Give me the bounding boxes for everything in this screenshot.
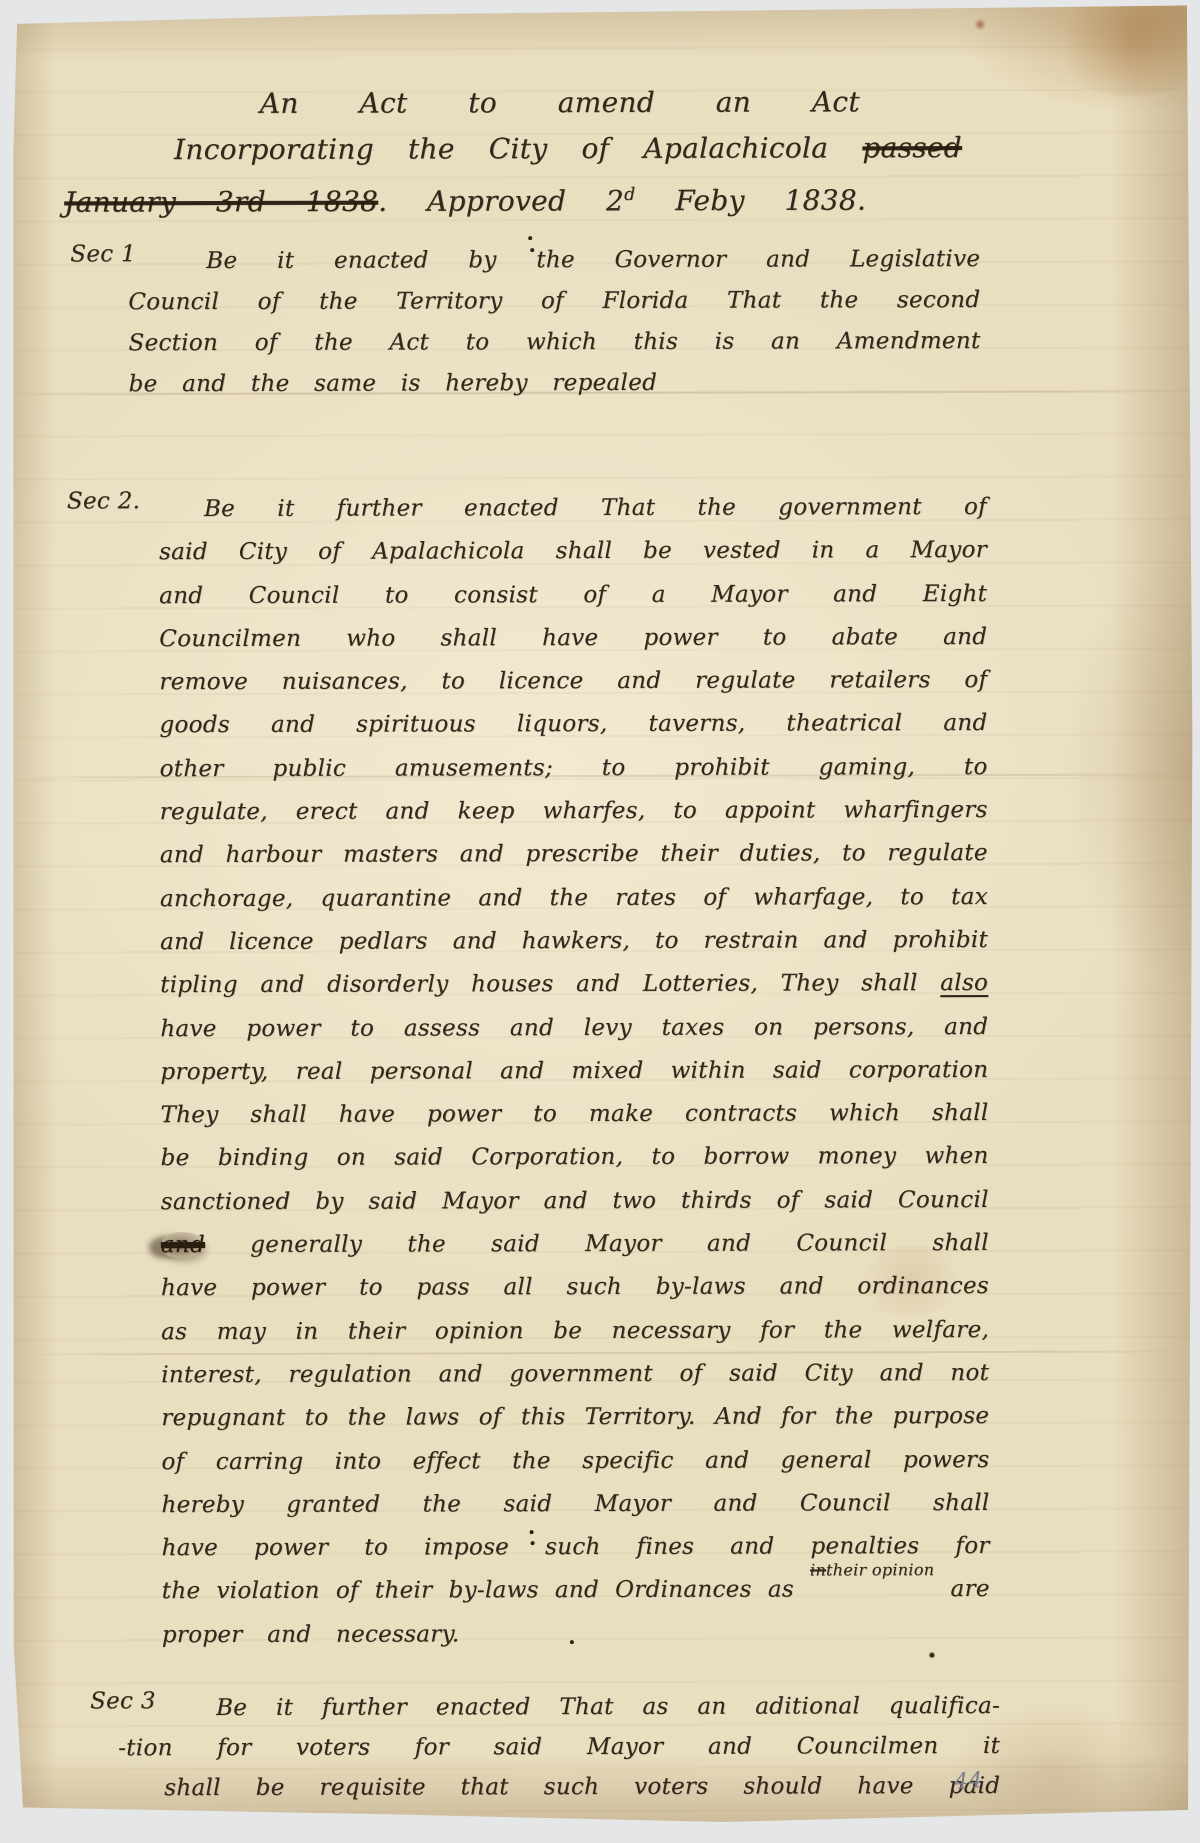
age-stain — [1048, 0, 1200, 97]
manuscript-line: shall be requisite that such voters shou… — [164, 1766, 1000, 1808]
document-title: An Act to amend an Act Incorporating the… — [260, 79, 870, 225]
text-segment: . Approved 2 — [378, 184, 624, 218]
manuscript-line: Councilmen who shall have power to abate… — [159, 616, 987, 661]
manuscript-line: property, real personal and mixed within… — [160, 1049, 988, 1094]
manuscript-line: remove nuisances, to licence and regulat… — [159, 659, 987, 704]
text-segment: -tion for voters for said Mayor and Coun… — [118, 1733, 1000, 1761]
text-segment: be binding on said Corporation, to borro… — [161, 1143, 989, 1171]
manuscript-line: other public amusements; to prohibit gam… — [160, 746, 988, 791]
text-segment: generally the said Mayor and Council sha… — [205, 1230, 989, 1258]
text-segment: anchorage, quarantine and the rates of w… — [160, 884, 988, 912]
text-segment: other public amusements; to prohibit gam… — [160, 754, 988, 782]
manuscript-line: and generally the said Mayor and Council… — [161, 1222, 989, 1267]
manuscript-line: be and the same is hereby repealed — [129, 362, 981, 405]
text-segment: Incorporating the City of Apalachicola — [174, 131, 862, 166]
section-label: Sec 2. — [67, 488, 140, 514]
text-segment: repugnant to the laws of this Territory.… — [161, 1403, 989, 1431]
manuscript-line: have power to pass all such by-laws and … — [161, 1265, 989, 1310]
text-segment: have power to assess and levy taxes on p… — [160, 1014, 988, 1042]
text-segment: have power to impose such fines and pena… — [162, 1533, 990, 1561]
text-segment: the violation of their by-laws and Ordin… — [162, 1577, 810, 1605]
text-segment: tipling and disorderly houses and Lotter… — [160, 970, 940, 998]
section-label: Sec 1 — [70, 241, 136, 267]
text-segment: and licence pedlars and hawkers, to rest… — [160, 927, 988, 955]
text-segment: hereby granted the said Mayor and Counci… — [162, 1490, 990, 1518]
manuscript-line: repugnant to the laws of this Territory.… — [161, 1395, 989, 1440]
manuscript-line: anchorage, quarantine and the rates of w… — [160, 876, 988, 921]
ink-mark — [930, 1653, 934, 1657]
manuscript-line: Be it enacted by the Governor and Legisl… — [128, 239, 980, 282]
manuscript-line: Council of the Territory of Florida That… — [128, 280, 980, 323]
text-segment: d — [624, 185, 635, 205]
manuscript-line: of carring into effect the specific and … — [161, 1439, 989, 1484]
manuscript-line: and Council to consist of a Mayor and Ei… — [159, 573, 987, 618]
text-segment: Councilmen who shall have power to abate… — [159, 624, 987, 652]
title-line: January 3rd 1838. Approved 2d Feby 1838. — [64, 171, 866, 225]
text-segment: goods and spirituous liquors, taverns, t… — [159, 710, 987, 738]
manuscript-line: and harbour masters and prescribe their … — [160, 832, 988, 877]
page-number: 44 — [954, 1768, 984, 1795]
section-1: Sec 1 Be it enacted by the Governor and … — [128, 239, 980, 405]
manuscript-page: An Act to amend an Act Incorporating the… — [8, 4, 1197, 1827]
text-segment: passed — [862, 131, 962, 164]
text-segment: and — [161, 1232, 205, 1258]
manuscript-line: interest, regulation and government of s… — [161, 1352, 989, 1397]
text-segment: as may in their opinion be necessary for… — [161, 1317, 989, 1345]
manuscript-line: Section of the Act to which this is an A… — [128, 321, 980, 364]
text-segment: of carring into effect the specific and … — [161, 1447, 989, 1475]
text-segment: Council of the Territory of Florida That… — [128, 287, 980, 315]
text-segment: and Council to consist of a Mayor and Ei… — [159, 581, 987, 609]
manuscript-line: and licence pedlars and hawkers, to rest… — [160, 919, 988, 964]
text-segment: remove nuisances, to licence and regulat… — [159, 667, 987, 695]
ink-mark — [528, 236, 532, 240]
text-segment: January 3rd 1838 — [64, 185, 378, 219]
manuscript-line: tipling and disorderly houses and Lotter… — [160, 962, 988, 1007]
manuscript-line: regulate, erect and keep wharfes, to app… — [160, 789, 988, 834]
section-lines: Be it enacted by the Governor and Legisl… — [128, 239, 980, 405]
manuscript-line: They shall have power to make contracts … — [160, 1092, 988, 1137]
text-segment: are — [934, 1576, 989, 1602]
manuscript-line: as may in their opinion be necessary for… — [161, 1309, 989, 1354]
text-segment: be and the same is hereby repealed — [129, 370, 658, 397]
text-segment: Feby 1838. — [635, 184, 866, 218]
text-segment: and harbour masters and prescribe their … — [160, 840, 988, 868]
manuscript-line: Be it further enacted That the governmen… — [159, 486, 987, 531]
section-2: Sec 2. Be it further enacted That the go… — [159, 486, 990, 1657]
text-segment: They shall have power to make contracts … — [160, 1100, 988, 1128]
manuscript-line: hereby granted the said Mayor and Counci… — [161, 1482, 989, 1527]
manuscript-line: said City of Apalachicola shall be veste… — [159, 529, 987, 574]
ink-mark — [530, 1530, 534, 1534]
scan-background: An Act to amend an Act Incorporating the… — [0, 0, 1200, 1843]
text-segment: property, real personal and mixed within… — [160, 1057, 988, 1085]
manuscript-line: -tion for voters for said Mayor and Coun… — [164, 1726, 1000, 1768]
manuscript-line: Be it further enacted That as an adition… — [164, 1686, 1000, 1728]
manuscript-line: goods and spirituous liquors, taverns, t… — [159, 702, 987, 747]
title-line: Incorporating the City of Apalachicola p… — [174, 125, 962, 173]
text-segment: also — [940, 970, 988, 996]
ink-stain — [974, 19, 987, 30]
text-segment: have power to pass all such by-laws and … — [161, 1273, 989, 1301]
text-segment: Be it enacted by the Governor and Legisl… — [206, 246, 980, 274]
manuscript-line: proper and necessary. — [162, 1612, 990, 1657]
section-lines: Be it further enacted That as an adition… — [164, 1686, 1000, 1808]
section-lines: Be it further enacted That the governmen… — [159, 486, 990, 1657]
text-segment: said City of Apalachicola shall be veste… — [159, 537, 987, 565]
text-segment: Section of the Act to which this is an A… — [128, 328, 980, 356]
text-segment: Be it further enacted That the governmen… — [204, 494, 987, 522]
text-segment: proper and necessary. — [162, 1621, 460, 1648]
text-segment: interest, regulation and government of s… — [161, 1360, 989, 1388]
ink-mark — [570, 1640, 574, 1644]
text-segment: regulate, erect and keep wharfes, to app… — [160, 797, 988, 825]
text-segment: sanctioned by said Mayor and two thirds … — [161, 1187, 989, 1215]
title-line: An Act to amend an Act — [260, 79, 860, 127]
text-segment: An Act to amend an Act — [260, 85, 860, 120]
manuscript-line: have power to assess and levy taxes on p… — [160, 1006, 988, 1051]
text-segment: Be it further enacted That as an adition… — [216, 1693, 1000, 1721]
section-3: Sec 3 Be it further enacted That as an a… — [164, 1686, 1000, 1808]
text-segment: shall be requisite that such voters shou… — [164, 1773, 1000, 1801]
section-label: Sec 3 — [90, 1688, 156, 1714]
manuscript-line: the violation of their by-laws and Ordin… — [162, 1568, 990, 1613]
manuscript-line: be binding on said Corporation, to borro… — [161, 1135, 989, 1180]
manuscript-line: sanctioned by said Mayor and two thirds … — [161, 1179, 989, 1224]
